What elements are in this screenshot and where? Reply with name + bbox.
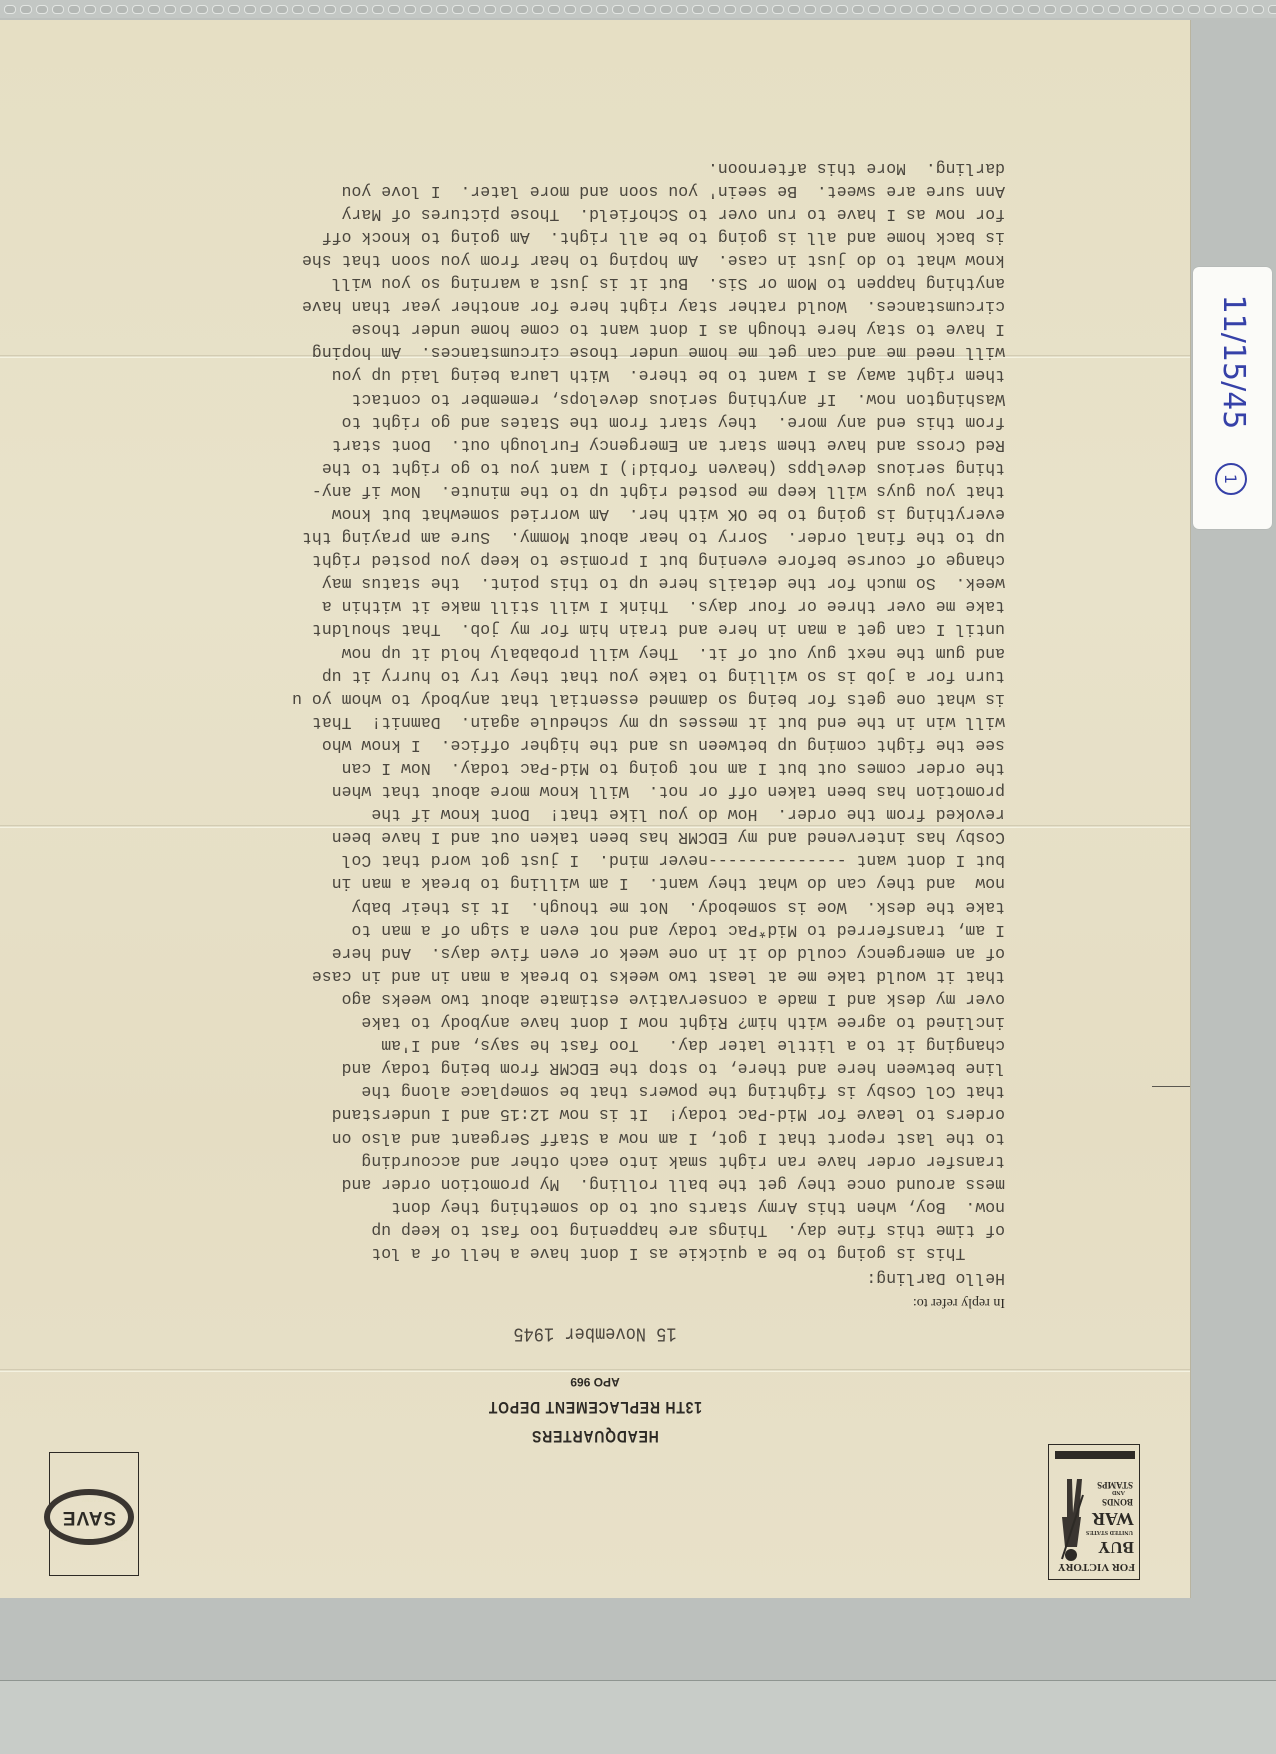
letter-line: change of course before evening but I pr… [145,549,1005,572]
perforation-hole [1236,5,1248,14]
letterhead: HEADQUARTERS 13TH REPLACEMENT DEPOT APO … [0,1375,1190,1446]
perforation-hole [868,5,880,14]
perforation-hole [628,5,640,14]
perforation-hole [1044,5,1056,14]
perforation-hole [916,5,928,14]
letter-line: will win in the end but it messes up my … [145,711,1005,734]
perforation-hole [1124,5,1136,14]
perforation-hole [516,5,528,14]
perforation-hole [756,5,768,14]
perforation-hole [980,5,992,14]
letter-line: This is going to be a quickie as I dont … [145,1242,1005,1265]
letterhead-unit: 13TH REPLACEMENT DEPOT [107,1397,1083,1417]
perforation-hole [212,5,224,14]
perforation-hole [244,5,256,14]
letter-line: is back home and all is going to be all … [145,226,1005,249]
perforation-hole [68,5,80,14]
perforation-hole [1156,5,1168,14]
perforation-hole [484,5,496,14]
war-bonds-emblem: FOR VICTORY BUY UNITED STATES WAR BONDS … [1048,1444,1140,1580]
perforation-hole [820,5,832,14]
perforation-hole [1140,5,1152,14]
letter-line: I have to stay here though as I dont wan… [145,318,1005,341]
letter-line: changing it to a little later day. Too f… [145,1034,1005,1057]
letter-sheet: FOR VICTORY BUY UNITED STATES WAR BONDS … [0,20,1190,1598]
perforation-hole [420,5,432,14]
salutation: Hello Darling: [866,1269,1005,1288]
letterhead-title: HEADQUARTERS [107,1426,1083,1446]
letter-line: will need me and can get me home under t… [145,341,1005,364]
letter-line: them right away as I want to be there. W… [145,364,1005,387]
perforation-hole [612,5,624,14]
emblem-text: BUY [1098,1537,1134,1557]
perforation-hole [164,5,176,14]
emblem-base [1055,1451,1135,1459]
letter-line: that Col Cosby is fighting the powers th… [145,1080,1005,1103]
perforation-hole [740,5,752,14]
perforation-hole [276,5,288,14]
letter-line: revoked from the order. How do you like … [145,803,1005,826]
letter-line: line between here and there, to stop the… [145,1057,1005,1080]
perforation-hole [116,5,128,14]
perforation-hole [692,5,704,14]
save-conservation-emblem: CONSERVATION PROGRAM SAVE U.S.ARMY [49,1452,139,1576]
perforation-hole [1220,5,1232,14]
letter-line: until I can get a man in here and train … [145,618,1005,641]
letter-line: Washington now. If anything serious deve… [145,387,1005,410]
perforation-hole [148,5,160,14]
letter-line: that it would take me at least two weeks… [145,965,1005,988]
perforation-hole [468,5,480,14]
perforation-hole [580,5,592,14]
perforation-hole [900,5,912,14]
perforation-hole [532,5,544,14]
perforation-hole [404,5,416,14]
letter-body: This is going to be a quickie as I dont … [145,157,1005,1266]
paper-fold [0,1369,1190,1372]
letter-line: week. So much for the details here up to… [145,572,1005,595]
perforation-hole [1188,5,1200,14]
letter-line: over my desk and I made a conservative e… [145,988,1005,1011]
letter-line: take me over three or four days. Think I… [145,595,1005,618]
emblem-text: SAVE [62,1506,116,1528]
perforation-hole [84,5,96,14]
letter-line: mess around once they get the ball rolli… [145,1173,1005,1196]
perforation-hole [1204,5,1216,14]
perforation-hole [1268,5,1276,14]
perforation-hole [4,5,16,14]
letter-line: from this end any more. they start from … [145,411,1005,434]
letter-line: see the fight coming up between us and t… [145,734,1005,757]
scanner-background [0,1680,1276,1754]
perforation-hole [932,5,944,14]
emblem-text: U.S.ARMY [50,1496,138,1502]
perforation-hole [436,5,448,14]
soldier-icon [1055,1461,1089,1565]
letter-line: Cosby has intervened and my EDCMR has be… [145,826,1005,849]
perforation-hole [228,5,240,14]
perforation-hole [964,5,976,14]
perforation-hole [292,5,304,14]
perforation-hole [452,5,464,14]
perforation-hole [1172,5,1184,14]
emblem-text: STAMPS [1097,1480,1133,1490]
perforation-hole [548,5,560,14]
perforation-hole [100,5,112,14]
letter-line: Red Cross and have them start an Emergen… [145,434,1005,457]
perforation-hole [1108,5,1120,14]
perforation-hole [20,5,32,14]
perforation-hole [852,5,864,14]
perforation-hole [724,5,736,14]
letter-sheet-rotated: FOR VICTORY BUY UNITED STATES WAR BONDS … [0,20,1190,1598]
letter-line: now. Boy, when this Army starts out to d… [145,1196,1005,1219]
letter-line: transfer order have ran right smak into … [145,1150,1005,1173]
letter-line: now and they can do what they want. I am… [145,872,1005,895]
letter-line: the order comes out but I am not going t… [145,757,1005,780]
letter-line: is what one gets for being so damned ess… [145,688,1005,711]
letterhead-apo: APO 969 [0,1375,1190,1389]
emblem-text: WAR [1092,1508,1134,1529]
letter-line: everything is going to be OK with her. A… [145,503,1005,526]
perforation-hole [660,5,672,14]
perforation-hole [708,5,720,14]
letter-line: know what to do just in case. Am hoping … [145,249,1005,272]
letter-line: for now as I have to run over to Schofie… [145,203,1005,226]
perforation-hole [804,5,816,14]
margin-mark [1152,1086,1190,1087]
perforation-hole [1076,5,1088,14]
letter-line: I am, transferred to Mid*Pac today and n… [145,919,1005,942]
letter-line: to the last report that I got, I am now … [145,1126,1005,1149]
sticky-note-page-number: 1 [1215,463,1247,495]
letter-line: orders to leave for Mid-Pac today! It is… [145,1103,1005,1126]
perforation-hole [836,5,848,14]
emblem-text: BONDS [1102,1497,1133,1507]
perforation-hole [356,5,368,14]
perforation-hole [1012,5,1024,14]
letter-line: but I dont want --------------never mind… [145,849,1005,872]
perforation-hole [788,5,800,14]
letter-line: of time this fine day. Things are happen… [145,1219,1005,1242]
letter-line: anything happen to Mom or Sis. But it is… [145,272,1005,295]
perforation-hole [132,5,144,14]
perforation-hole [500,5,512,14]
letter-line: take the desk. Woe is somebody. Not me t… [145,896,1005,919]
perforation-hole [260,5,272,14]
perforation-hole [948,5,960,14]
perforation-hole [676,5,688,14]
perforation-hole [1028,5,1040,14]
letter-line: that you guys will keep me posted right … [145,480,1005,503]
sleeve-perforation [0,0,1276,18]
letter-date: 15 November 1945 [0,1322,1190,1344]
letter-line: thing serious develpps (heaven forbid!) … [145,457,1005,480]
letter-line: promotion has been taken off or not. Wil… [145,780,1005,803]
letter-line: and gum the next guy out of it. They wil… [145,641,1005,664]
emblem-text: UNITED STATES [1086,1529,1133,1535]
perforation-hole [388,5,400,14]
letter-line: turn for a job is so willing to take you… [145,665,1005,688]
sticky-note-date: 11/15/45 [1169,327,1276,397]
letter-line: Ann sure are sweet. Be seein' you soon a… [145,180,1005,203]
perforation-hole [36,5,48,14]
perforation-hole [1252,5,1264,14]
perforation-hole [180,5,192,14]
perforation-hole [52,5,64,14]
perforation-hole [644,5,656,14]
letter-line: of an emergency could do it in one week … [145,942,1005,965]
perforation-hole [340,5,352,14]
perforation-hole [308,5,320,14]
perforation-hole [1060,5,1072,14]
perforation-hole [772,5,784,14]
letter-line: up to the final order. Sorry to hear abo… [145,526,1005,549]
perforation-hole [1092,5,1104,14]
letter-line: inclined to agree with him? Right now I … [145,1011,1005,1034]
perforation-hole [996,5,1008,14]
letter-line: circumstances. Would rather stay right h… [145,295,1005,318]
perforation-hole [596,5,608,14]
perforation-hole [324,5,336,14]
sticky-note: 11/15/45 1 [1193,267,1272,529]
perforation-hole [884,5,896,14]
perforation-hole [564,5,576,14]
reply-reference: In reply refer to: [913,1294,1005,1310]
letter-line: darling. More this afternoon. [145,157,1005,180]
perforation-hole [196,5,208,14]
perforation-hole [372,5,384,14]
